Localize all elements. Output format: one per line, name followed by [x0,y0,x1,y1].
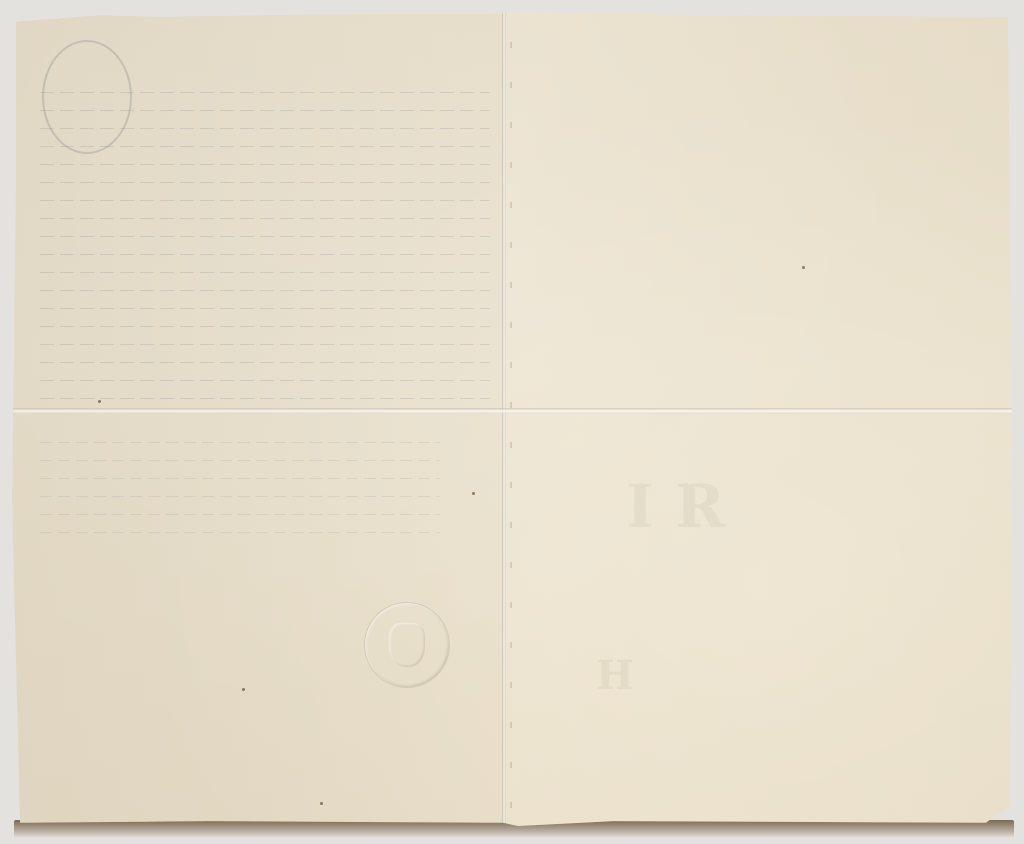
ink-speck [242,688,245,691]
document-sheet: I R H [10,12,1016,826]
embossed-seal [364,602,450,688]
ink-speck [472,492,475,495]
show-through-mark: H [596,652,634,699]
faded-handwriting-top [40,92,490,416]
ink-speck [802,266,805,269]
right-page: I R H [506,12,1016,826]
crest-icon [389,623,425,667]
left-page [10,12,504,826]
faded-handwriting-bottom [40,442,440,550]
show-through-mark: I R [626,472,725,542]
ink-speck [98,400,101,403]
horizontal-fold [10,408,1016,414]
ink-speck [320,802,323,805]
